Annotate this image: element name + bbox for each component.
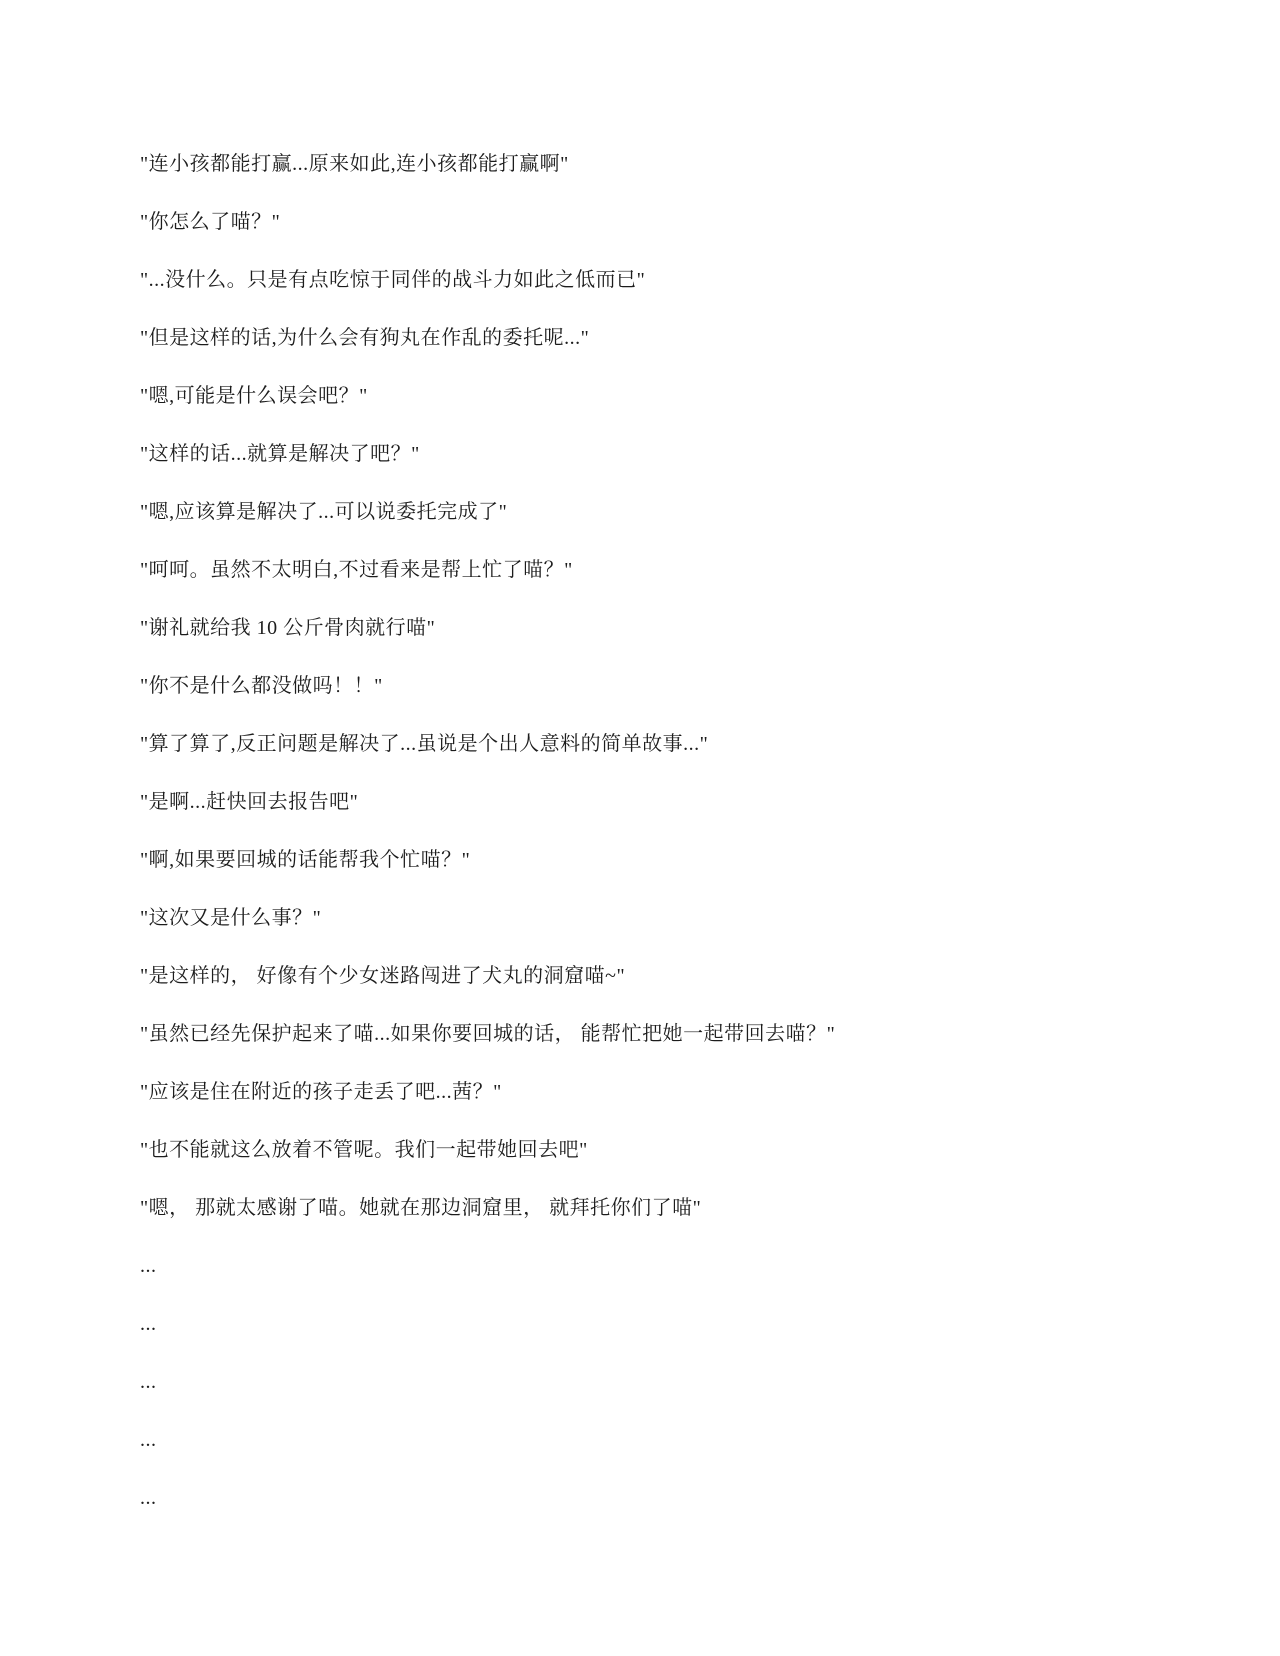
text-line: "嗯， 那就太感谢了喵。她就在那边洞窟里， 就拜托你们了喵" [140, 1196, 1190, 1220]
text-line: "是这样的， 好像有个少女迷路闯进了犬丸的洞窟喵~" [140, 964, 1190, 988]
text-line: ... [140, 1312, 1190, 1336]
document-page: "连小孩都能打赢...原来如此,连小孩都能打赢啊""你怎么了喵？""...没什么… [0, 0, 1280, 1656]
text-line: "但是这样的话,为什么会有狗丸在作乱的委托呢..." [140, 326, 1190, 350]
text-line: "应该是住在附近的孩子走丢了吧...茜？" [140, 1080, 1190, 1104]
text-line: "...没什么。只是有点吃惊于同伴的战斗力如此之低而已" [140, 268, 1190, 292]
text-line: "算了算了,反正问题是解决了...虽说是个出人意料的简单故事..." [140, 732, 1190, 756]
text-line: "这样的话...就算是解决了吧？" [140, 442, 1190, 466]
text-line: "呵呵。虽然不太明白,不过看来是帮上忙了喵？" [140, 558, 1190, 582]
text-line: ... [140, 1370, 1190, 1394]
text-line: ... [140, 1428, 1190, 1452]
text-line: "嗯,可能是什么误会吧？" [140, 384, 1190, 408]
text-line: "是啊...赶快回去报告吧" [140, 790, 1190, 814]
text-line: ... [140, 1254, 1190, 1278]
text-line: "嗯,应该算是解决了...可以说委托完成了" [140, 500, 1190, 524]
text-line: "这次又是什么事？" [140, 906, 1190, 930]
text-line: "你不是什么都没做吗！！" [140, 674, 1190, 698]
text-line: "啊,如果要回城的话能帮我个忙喵？" [140, 848, 1190, 872]
text-line: "连小孩都能打赢...原来如此,连小孩都能打赢啊" [140, 152, 1190, 176]
text-line: "虽然已经先保护起来了喵...如果你要回城的话， 能帮忙把她一起带回去喵？" [140, 1022, 1190, 1046]
text-line: "谢礼就给我 10 公斤骨肉就行喵" [140, 616, 1190, 640]
text-line: ... [140, 1486, 1190, 1510]
text-line: "你怎么了喵？" [140, 210, 1190, 234]
text-line: "也不能就这么放着不管呢。我们一起带她回去吧" [140, 1138, 1190, 1162]
